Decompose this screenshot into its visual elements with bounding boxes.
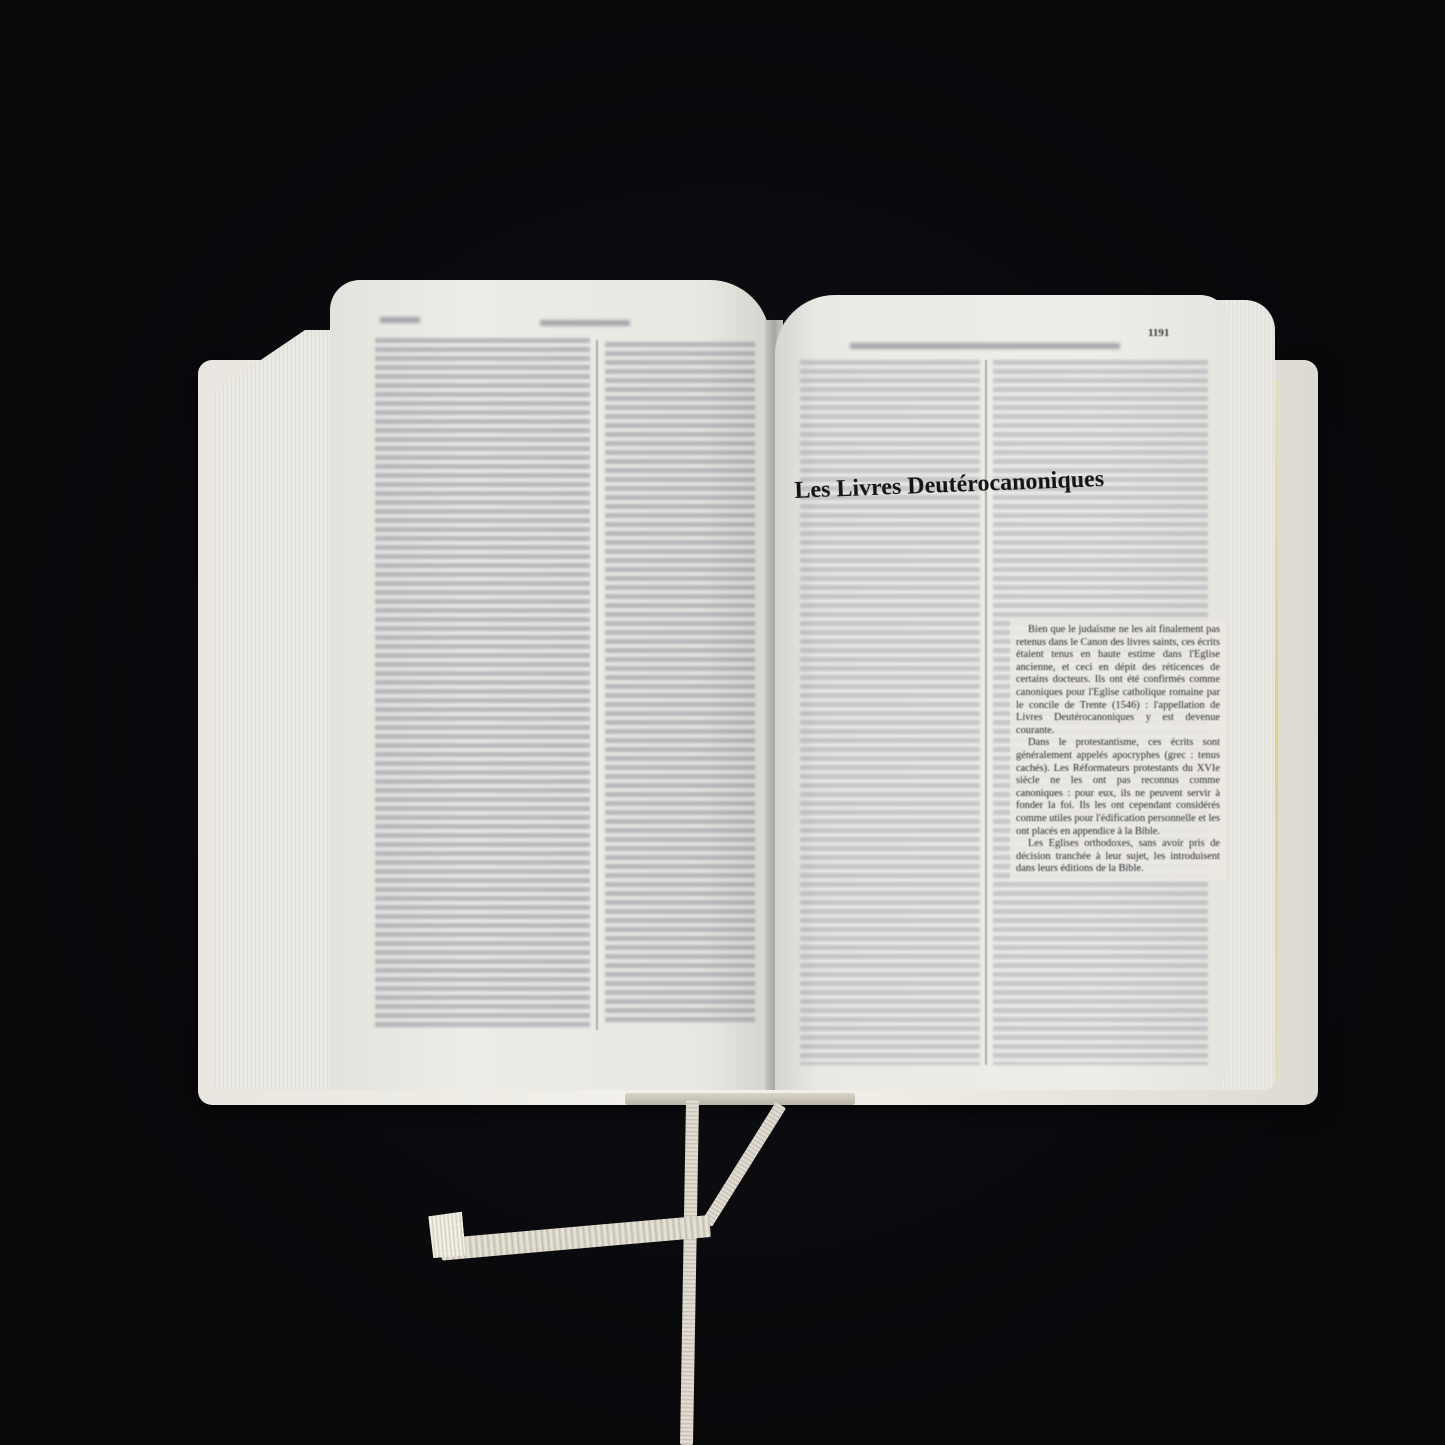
page-number: 1191 xyxy=(1148,327,1169,339)
ribbon-tassel xyxy=(428,1212,466,1259)
column-rule xyxy=(985,360,987,1065)
intro-paragraph: Bien que le judaïsme ne les ait finaleme… xyxy=(1016,624,1220,737)
intro-paragraph: Les Eglises orthodoxes, sans avoir pris … xyxy=(1016,838,1220,876)
left-column-text-blur xyxy=(375,338,590,1028)
left-page-number-blur xyxy=(380,317,420,323)
right-column-text-blur xyxy=(605,342,755,1022)
bookmark-ribbon[interactable] xyxy=(702,1102,786,1227)
bookmark-ribbon[interactable] xyxy=(440,1215,711,1260)
right-running-header-blur xyxy=(850,343,1120,349)
left-running-header-blur xyxy=(540,320,630,326)
intro-text: Bien que le judaïsme ne les ait finaleme… xyxy=(1010,620,1226,880)
photo-scene: 1191 Les Livres Deutérocanoniques Bien q… xyxy=(0,0,1445,1445)
left-page xyxy=(330,280,770,1090)
showthrough-text-left xyxy=(800,360,980,1065)
spine-headband xyxy=(625,1093,855,1105)
intro-paragraph: Dans le protestantisme, ces écrits sont … xyxy=(1016,737,1220,838)
bookmark-ribbon[interactable] xyxy=(680,1100,699,1445)
column-rule xyxy=(596,340,598,1030)
